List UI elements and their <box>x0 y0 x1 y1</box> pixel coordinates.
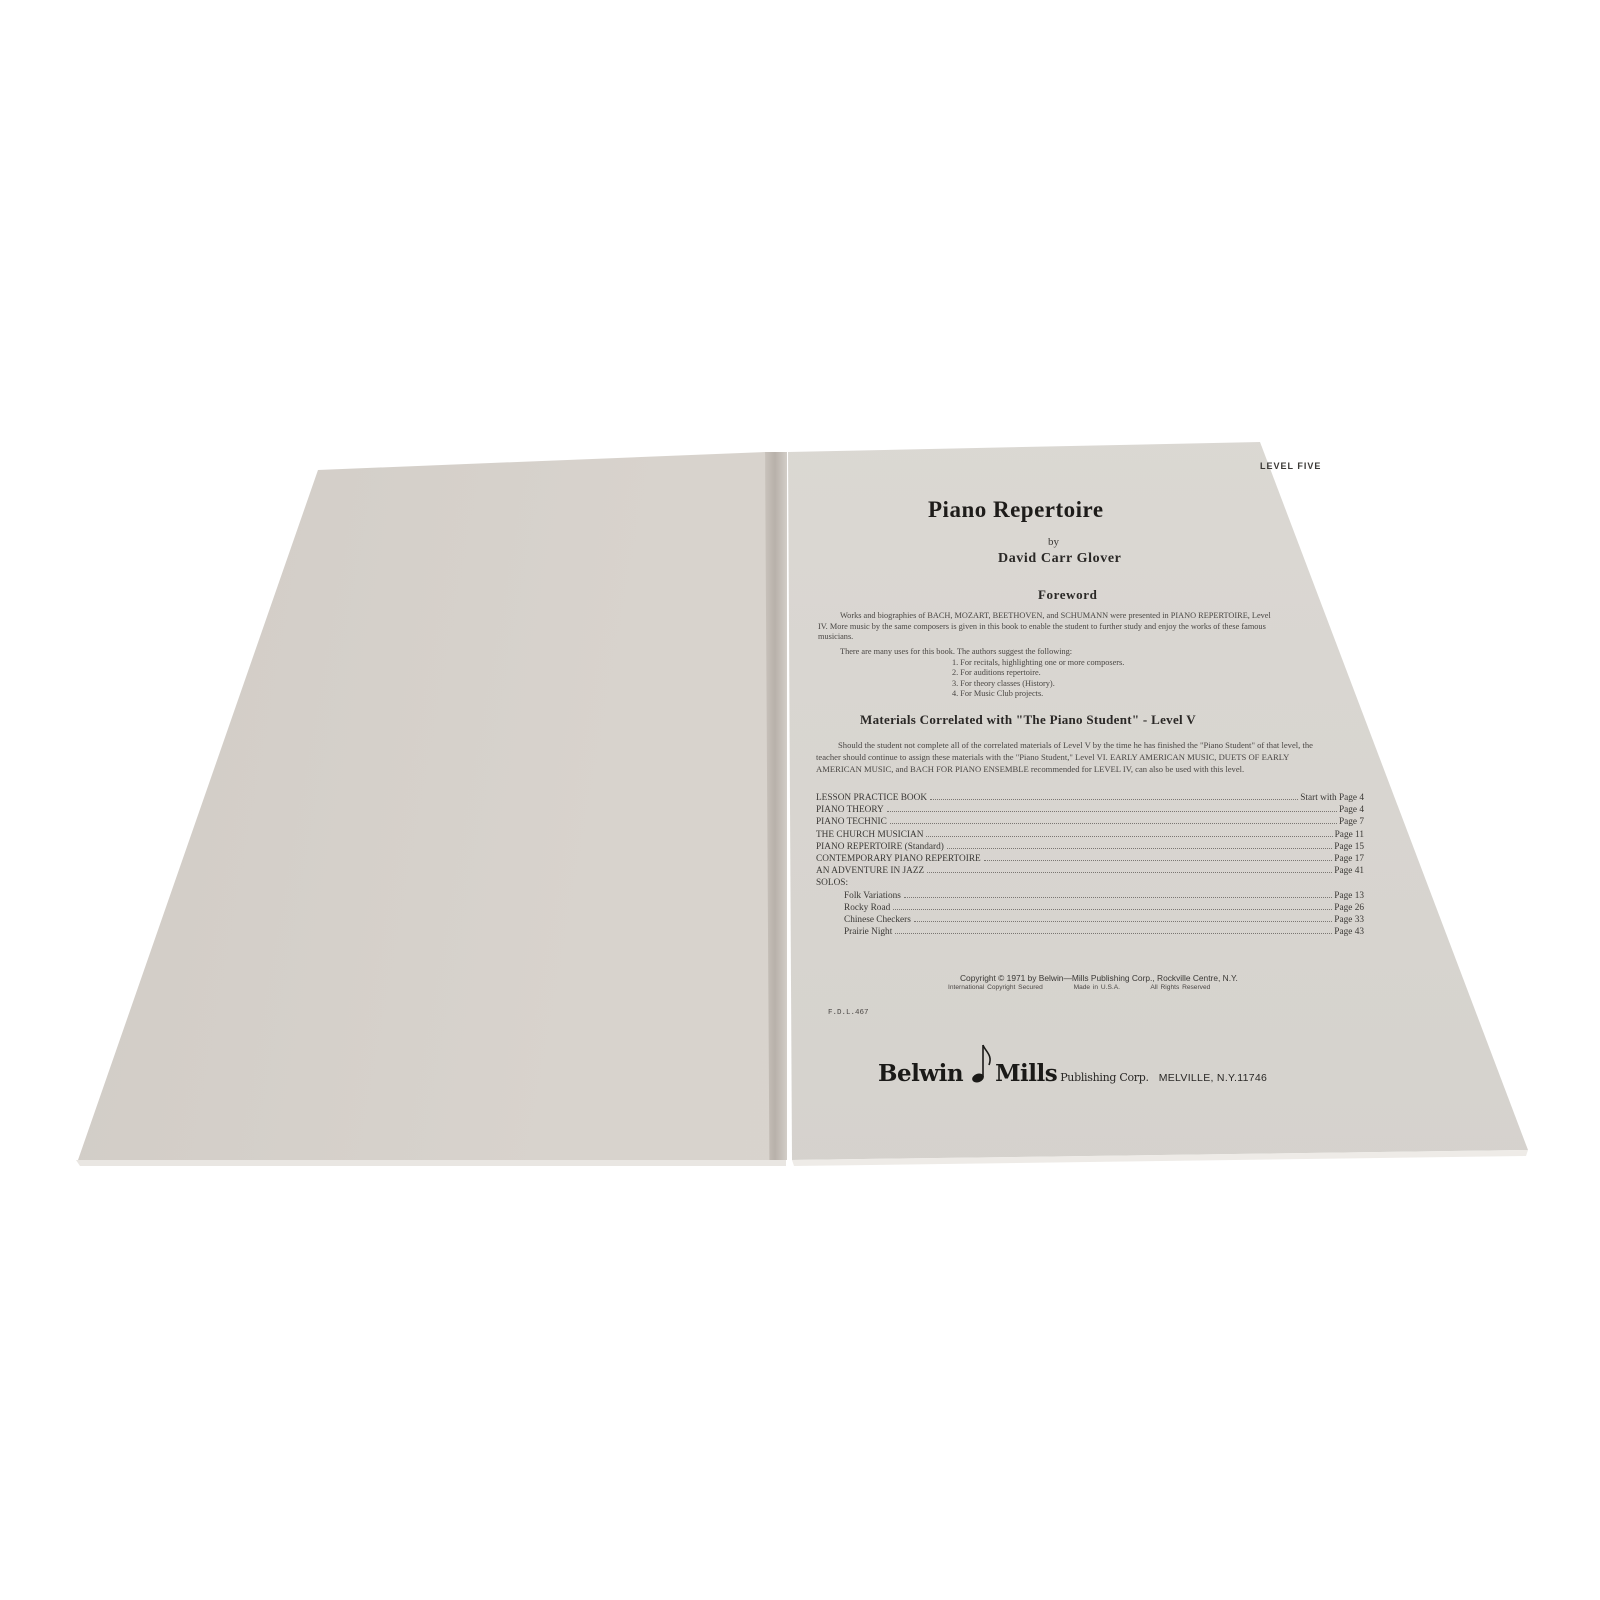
toc-page: Page 7 <box>1339 816 1364 828</box>
book-title: Piano Repertoire <box>928 497 1104 523</box>
catalog-number: F.D.L.467 <box>828 1009 869 1017</box>
dot-leader <box>984 859 1333 861</box>
dot-leader <box>893 908 1332 910</box>
copyright-note: All Rights Reserved <box>1150 984 1210 991</box>
toc-page: Page 17 <box>1334 853 1364 865</box>
toc-row: AN ADVENTURE IN JAZZPage 41 <box>816 865 1364 877</box>
toc-page: Page 33 <box>1334 914 1364 926</box>
toc-label: LESSON PRACTICE BOOK <box>816 792 927 804</box>
toc-page: Page 4 <box>1339 804 1364 816</box>
toc-label: SOLOS: <box>816 877 848 889</box>
uses-item: 4. For Music Club projects. <box>952 689 1124 699</box>
materials-heading: Materials Correlated with "The Piano Stu… <box>860 712 1196 728</box>
dot-leader <box>926 835 1332 837</box>
publisher-name-right: Mills <box>995 1060 1057 1087</box>
toc-page: Page 13 <box>1334 890 1364 902</box>
uses-item: 2. For auditions repertoire. <box>952 668 1124 678</box>
materials-paragraph: Should the student not complete all of t… <box>816 740 1316 775</box>
level-badge: LEVEL FIVE <box>1260 461 1321 471</box>
toc-page: Start with Page 4 <box>1300 792 1364 804</box>
toc-page: Page 43 <box>1334 926 1364 938</box>
toc-row: Prairie NightPage 43 <box>816 926 1364 938</box>
toc-row: Chinese CheckersPage 33 <box>816 914 1364 926</box>
toc-row: SOLOS: <box>816 877 1364 889</box>
toc-page: Page 11 <box>1335 829 1364 841</box>
toc-page: Page 26 <box>1334 902 1364 914</box>
publisher-name-left: Belwin <box>878 1060 963 1087</box>
uses-item: 1. For recitals, highlighting one or mor… <box>952 658 1124 668</box>
toc-row: PIANO REPERTOIRE (Standard)Page 15 <box>816 841 1364 853</box>
dot-leader <box>904 896 1332 898</box>
copyright-note: Made in U.S.A. <box>1074 984 1120 991</box>
uses-intro: There are many uses for this book. The a… <box>840 647 1072 658</box>
toc-label: PIANO REPERTOIRE (Standard) <box>816 841 944 853</box>
by-line: by <box>1048 536 1059 548</box>
copyright-line: Copyright © 1971 by Belwin—Mills Publish… <box>960 973 1238 983</box>
toc-row: LESSON PRACTICE BOOKStart with Page 4 <box>816 792 1364 804</box>
toc-page: Page 15 <box>1334 841 1364 853</box>
copyright-note: International Copyright Secured <box>948 984 1043 991</box>
foreword-paragraph: Works and biographies of BACH, MOZART, B… <box>818 611 1278 643</box>
toc-row: PIANO TECHNICPage 7 <box>816 816 1364 828</box>
toc-label: Folk Variations <box>816 890 901 902</box>
dot-leader <box>890 822 1337 824</box>
toc-row: CONTEMPORARY PIANO REPERTOIREPage 17 <box>816 853 1364 865</box>
dot-leader <box>914 920 1332 922</box>
toc-label: AN ADVENTURE IN JAZZ <box>816 865 924 877</box>
dot-leader <box>887 810 1337 812</box>
toc-row: Rocky RoadPage 26 <box>816 902 1364 914</box>
toc-label: THE CHURCH MUSICIAN <box>816 829 923 841</box>
toc-label: CONTEMPORARY PIANO REPERTOIRE <box>816 853 981 865</box>
toc-label: Prairie Night <box>816 926 892 938</box>
copyright-notes: International Copyright Secured Made in … <box>948 984 1238 991</box>
dot-leader <box>927 871 1332 873</box>
publisher-suffix: Publishing Corp. <box>1060 1071 1148 1084</box>
toc-row: PIANO THEORYPage 4 <box>816 804 1364 816</box>
uses-list: 1. For recitals, highlighting one or mor… <box>952 658 1124 700</box>
toc-page: Page 41 <box>1334 865 1364 877</box>
correlated-materials-list: LESSON PRACTICE BOOKStart with Page 4PIA… <box>816 792 1364 938</box>
toc-label: Chinese Checkers <box>816 914 911 926</box>
toc-label: Rocky Road <box>816 902 890 914</box>
publisher-logo: Belwin Mills Publishing Corp. MELVILLE, … <box>878 1043 1267 1087</box>
author-name: David Carr Glover <box>998 551 1121 567</box>
publisher-address: MELVILLE, N.Y.11746 <box>1159 1072 1267 1084</box>
dot-leader <box>895 932 1332 934</box>
eighth-note-icon <box>967 1043 993 1087</box>
toc-row: Folk VariationsPage 13 <box>816 890 1364 902</box>
toc-label: PIANO TECHNIC <box>816 816 887 828</box>
uses-item: 3. For theory classes (History). <box>952 679 1124 689</box>
toc-row: THE CHURCH MUSICIANPage 11 <box>816 829 1364 841</box>
dot-leader <box>947 847 1332 849</box>
toc-label: PIANO THEORY <box>816 804 884 816</box>
dot-leader <box>930 798 1298 800</box>
photo-stage: LEVEL FIVE Piano Repertoire by David Car… <box>0 0 1600 1600</box>
foreword-heading: Foreword <box>1038 587 1097 603</box>
